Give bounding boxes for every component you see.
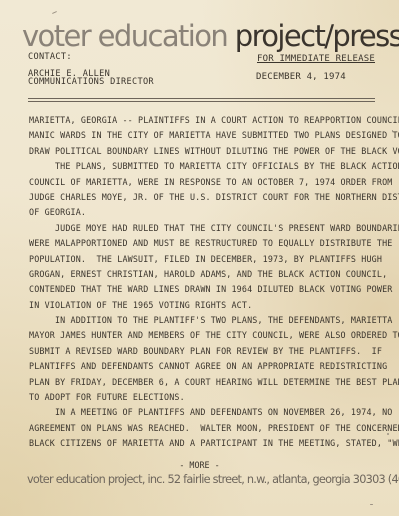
body-line: Marietta, Georgia -- Plaintiffs in a cou…	[29, 113, 399, 128]
body-line: plantiffs and defendants cannot agree on…	[29, 359, 399, 374]
contact-block: Archie E. Allen Communications Director	[28, 70, 154, 86]
body-line: In a meeting of plantiffs and defendants…	[29, 405, 399, 420]
contact-label: Contact:	[28, 52, 72, 62]
body-line: draw political boundary lines without di…	[29, 144, 399, 159]
body-line: contended that the ward lines drawn in 1…	[29, 282, 399, 297]
body-line: to adopt for future elections.	[29, 390, 399, 405]
release-date: December 4, 1974	[256, 72, 346, 82]
body-line: In addition to the plantiff's two plans,…	[29, 313, 399, 328]
paper-blemish	[370, 504, 373, 505]
body-line: submit a revised ward boundary plan for …	[29, 344, 399, 359]
paper-blemish	[392, 130, 393, 132]
letterhead-masthead: voter education project/press release	[22, 20, 399, 52]
press-release-body: Marietta, Georgia -- Plaintiffs in a cou…	[29, 113, 399, 452]
body-line: plan by Friday, December 6, a Court hear…	[29, 375, 399, 390]
body-line: were malapportioned and must be restruct…	[29, 236, 399, 251]
body-line: Judge Moye had ruled that the city counc…	[29, 221, 399, 236]
body-line: manic wards in the City of Marietta have…	[29, 128, 399, 143]
letterhead-footer-address: voter education project, inc. 52 fairlie…	[27, 473, 399, 486]
body-line: Council of Marietta, were in response to…	[29, 175, 399, 190]
body-line: Grogan, Ernest Christian, Harold Adams, …	[29, 267, 399, 282]
continued-marker: - more -	[0, 460, 399, 470]
body-line: population. The lawsuit, filed in Decemb…	[29, 252, 399, 267]
release-label: For Immediate Release	[257, 54, 375, 64]
body-line: of Georgia.	[29, 205, 399, 220]
contact-title: Communications Director	[28, 78, 154, 86]
masthead-document-type: project/press release	[235, 19, 399, 53]
body-line: The plans, submitted to Marietta city of…	[29, 159, 399, 174]
header-divider-top	[28, 98, 375, 99]
body-line: in violation of the 1965 Voting Rights A…	[29, 298, 399, 313]
press-release-page: voter education project/press release Co…	[0, 0, 399, 516]
paper-blemish	[52, 11, 57, 14]
body-line: Mayor James Hunter and members of the ci…	[29, 328, 399, 343]
body-line: Black Citizens of Marietta and a partici…	[29, 436, 399, 451]
body-line: agreement on plans was reached. Walter M…	[29, 421, 399, 436]
body-line: Judge Charles Moye, Jr. of the U.S. Dist…	[29, 190, 399, 205]
header-divider-bottom	[28, 101, 375, 102]
paper-blemish	[387, 433, 389, 435]
masthead-org-name: voter education	[22, 19, 235, 53]
